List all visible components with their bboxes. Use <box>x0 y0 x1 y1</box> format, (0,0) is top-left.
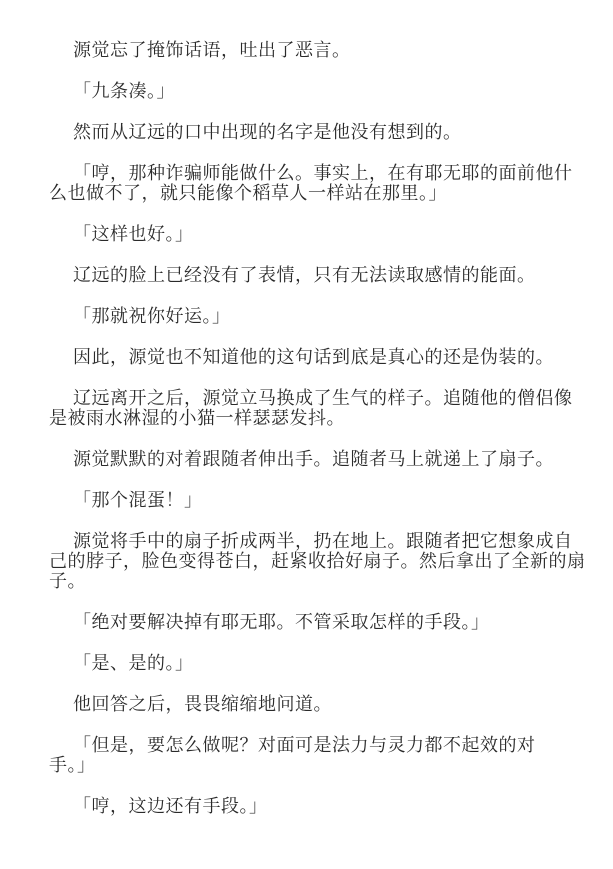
text-content: 源觉忘了掩饰话语，吐出了恶言。「九条凑。」然而从辽远的口中出现的名字是他没有想到… <box>49 40 569 816</box>
text-line: 手。」 <box>49 755 569 775</box>
paragraph: 「那个混蛋！」 <box>49 490 569 510</box>
paragraph: 「哼，那种诈骗师能做什么。事实上，在有耶无耶的面前他什么也做不了，就只能像个稻草… <box>49 163 569 203</box>
text-line: 子。 <box>49 571 569 591</box>
paragraph: 「绝对要解决掉有耶无耶。不管采取怎样的手段。」 <box>49 612 569 632</box>
paragraph: 「哼，这边还有手段。」 <box>49 796 569 816</box>
paragraph: 然而从辽远的口中出现的名字是他没有想到的。 <box>49 122 569 142</box>
paragraph: 「那就祝你好运。」 <box>49 306 569 326</box>
paragraph: 「九条凑。」 <box>49 81 569 101</box>
paragraph: 「这样也好。」 <box>49 224 569 244</box>
text-line: 因此，源觉也不知道他的这句话到底是真心的还是伪装的。 <box>49 347 569 367</box>
text-line: 「这样也好。」 <box>49 224 569 244</box>
text-line: 源觉将手中的扇子折成两半，扔在地上。跟随者把它想象成自 <box>49 531 569 551</box>
text-line: 「那个混蛋！」 <box>49 490 569 510</box>
text-line: 「那就祝你好运。」 <box>49 306 569 326</box>
text-line: 「哼，那种诈骗师能做什么。事实上，在有耶无耶的面前他什 <box>49 163 569 183</box>
text-line: 辽远的脸上已经没有了表情，只有无法读取感情的能面。 <box>49 265 569 285</box>
paragraph: 他回答之后，畏畏缩缩地问道。 <box>49 694 569 714</box>
text-line: 是被雨水淋湿的小猫一样瑟瑟发抖。 <box>49 408 569 428</box>
text-line: 然而从辽远的口中出现的名字是他没有想到的。 <box>49 122 569 142</box>
paragraph: 辽远离开之后，源觉立马换成了生气的样子。追随他的僧侣像是被雨水淋湿的小猫一样瑟瑟… <box>49 388 569 428</box>
text-line: 「哼，这边还有手段。」 <box>49 796 569 816</box>
text-line: 「九条凑。」 <box>49 81 569 101</box>
text-line: 「但是，要怎么做呢？对面可是法力与灵力都不起效的对 <box>49 735 569 755</box>
text-line: 辽远离开之后，源觉立马换成了生气的样子。追随他的僧侣像 <box>49 388 569 408</box>
text-line: 己的脖子，脸色变得苍白，赶紧收拾好扇子。然后拿出了全新的扇 <box>49 551 569 571</box>
text-line: 他回答之后，畏畏缩缩地问道。 <box>49 694 569 714</box>
paragraph: 源觉将手中的扇子折成两半，扔在地上。跟随者把它想象成自己的脖子，脸色变得苍白，赶… <box>49 531 569 591</box>
text-line: 「绝对要解决掉有耶无耶。不管采取怎样的手段。」 <box>49 612 569 632</box>
paragraph: 源觉默默的对着跟随者伸出手。追随者马上就递上了扇子。 <box>49 449 569 469</box>
paragraph: 「但是，要怎么做呢？对面可是法力与灵力都不起效的对手。」 <box>49 735 569 775</box>
text-line: 源觉默默的对着跟随者伸出手。追随者马上就递上了扇子。 <box>49 449 569 469</box>
paragraph: 辽远的脸上已经没有了表情，只有无法读取感情的能面。 <box>49 265 569 285</box>
text-line: 「是、是的。」 <box>49 653 569 673</box>
paragraph: 「是、是的。」 <box>49 653 569 673</box>
paragraph: 因此，源觉也不知道他的这句话到底是真心的还是伪装的。 <box>49 347 569 367</box>
ebook-page: 源觉忘了掩饰话语，吐出了恶言。「九条凑。」然而从辽远的口中出现的名字是他没有想到… <box>0 0 613 869</box>
paragraph: 源觉忘了掩饰话语，吐出了恶言。 <box>49 40 569 60</box>
text-line: 源觉忘了掩饰话语，吐出了恶言。 <box>49 40 569 60</box>
text-line: 么也做不了，就只能像个稻草人一样站在那里。」 <box>49 183 569 203</box>
